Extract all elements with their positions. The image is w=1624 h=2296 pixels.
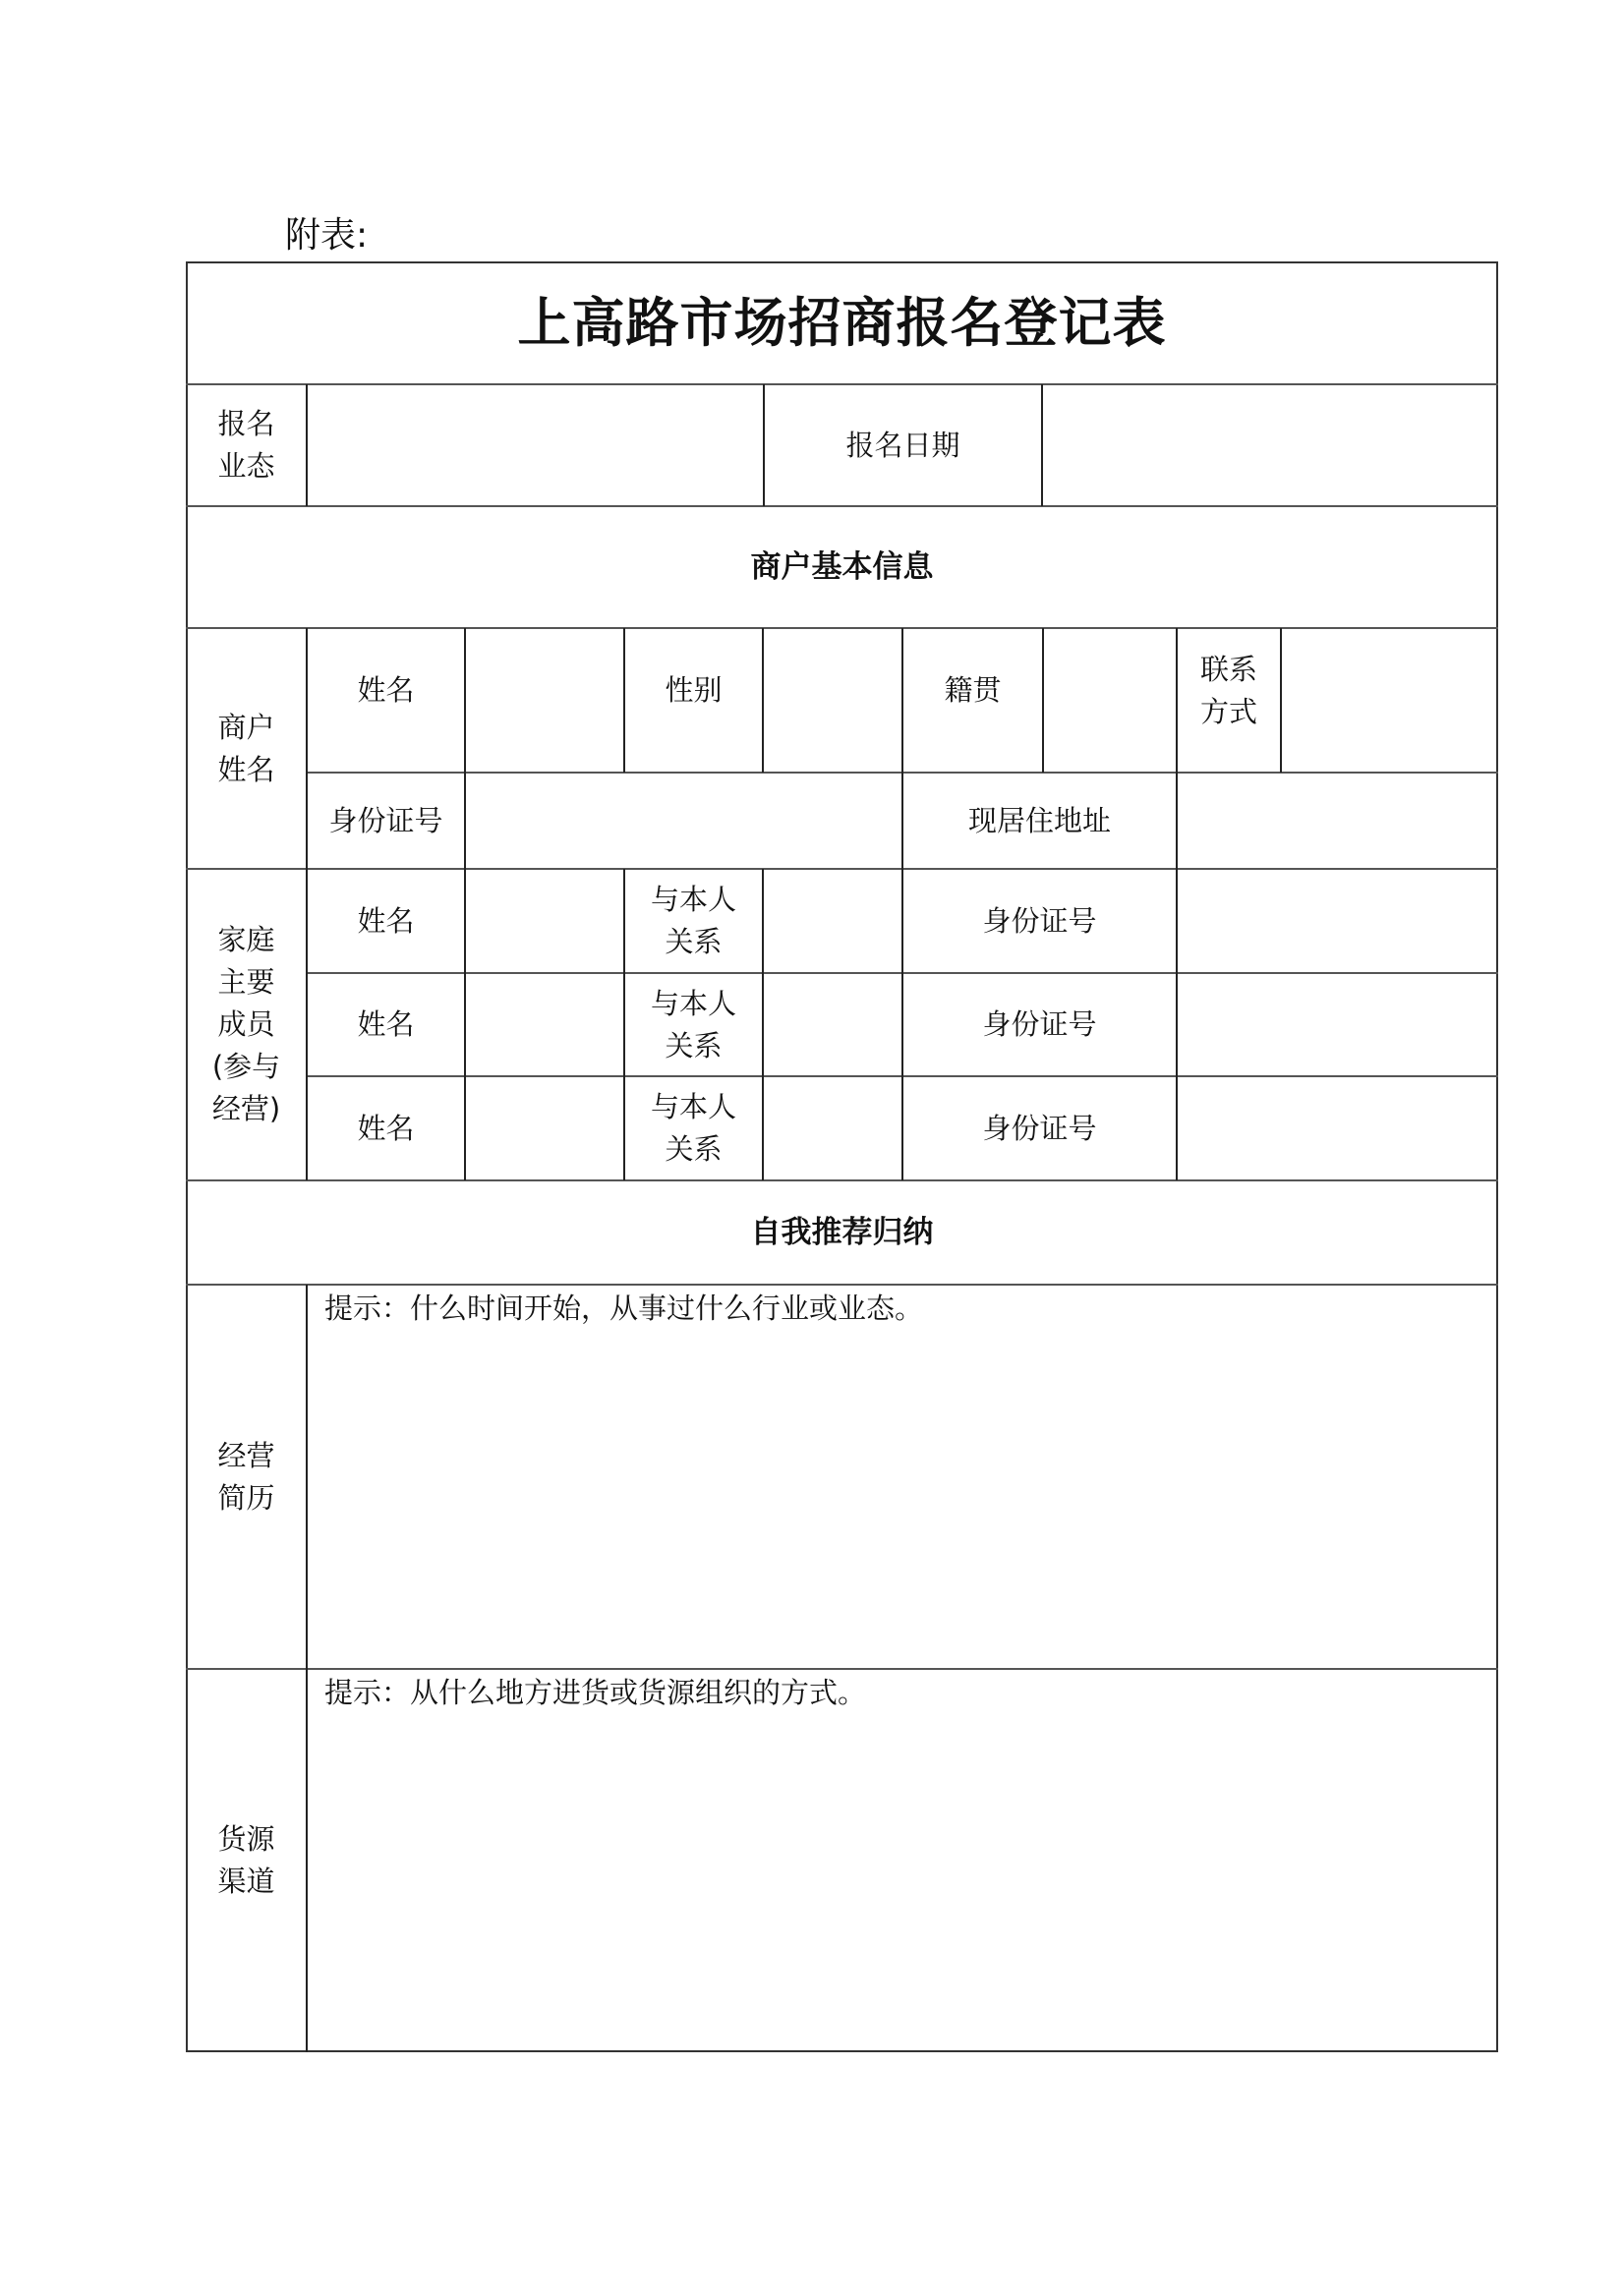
registration-date-label: 报名日期 <box>764 384 1042 506</box>
supply-channel-label: 货源 渠道 <box>186 1669 307 2052</box>
business-type-label: 报名 业态 <box>186 384 307 506</box>
form-title: 上高路市场招商报名登记表 <box>186 261 1498 384</box>
family-id-label: 身份证号 <box>902 1076 1177 1180</box>
merchant-name-field[interactable] <box>465 628 624 773</box>
family-relation-label: 与本人 关系 <box>624 869 763 973</box>
family-name-field[interactable] <box>465 973 624 1076</box>
family-id-field[interactable] <box>1177 869 1498 973</box>
address-field[interactable] <box>1177 773 1498 869</box>
business-experience-label: 经营 简历 <box>186 1285 307 1669</box>
family-id-label: 身份证号 <box>902 973 1177 1076</box>
merchant-info-header: 商户基本信息 <box>186 506 1498 628</box>
self-recommendation-header: 自我推荐归纳 <box>186 1180 1498 1285</box>
origin-field[interactable] <box>1043 628 1177 773</box>
gender-field[interactable] <box>763 628 902 773</box>
business-experience-field[interactable]: 提示：什么时间开始，从事过什么行业或业态。 <box>307 1285 1498 1669</box>
family-members-group-label: 家庭 主要 成员 (参与 经营) <box>186 869 307 1180</box>
gender-label: 性别 <box>624 628 763 773</box>
contact-field[interactable] <box>1281 628 1498 773</box>
origin-label: 籍贯 <box>902 628 1043 773</box>
merchant-id-field[interactable] <box>465 773 902 869</box>
merchant-name-label: 姓名 <box>307 628 465 773</box>
address-label: 现居住地址 <box>902 773 1177 869</box>
registration-date-field[interactable] <box>1042 384 1498 506</box>
family-relation-label: 与本人 关系 <box>624 973 763 1076</box>
family-relation-field[interactable] <box>763 1076 902 1180</box>
family-name-field[interactable] <box>465 1076 624 1180</box>
family-relation-field[interactable] <box>763 973 902 1076</box>
merchant-name-group-label: 商户 姓名 <box>186 628 307 869</box>
family-name-label: 姓名 <box>307 869 465 973</box>
merchant-id-label: 身份证号 <box>307 773 465 869</box>
family-name-label: 姓名 <box>307 973 465 1076</box>
family-id-field[interactable] <box>1177 973 1498 1076</box>
supply-channel-field[interactable]: 提示：从什么地方进货或货源组织的方式。 <box>307 1669 1498 2052</box>
family-id-label: 身份证号 <box>902 869 1177 973</box>
business-type-field[interactable] <box>307 384 764 506</box>
family-name-label: 姓名 <box>307 1076 465 1180</box>
attachment-caption: 附表: <box>285 212 368 259</box>
family-relation-field[interactable] <box>763 869 902 973</box>
family-name-field[interactable] <box>465 869 624 973</box>
contact-label: 联系 方式 <box>1177 628 1281 773</box>
family-id-field[interactable] <box>1177 1076 1498 1180</box>
family-relation-label: 与本人 关系 <box>624 1076 763 1180</box>
